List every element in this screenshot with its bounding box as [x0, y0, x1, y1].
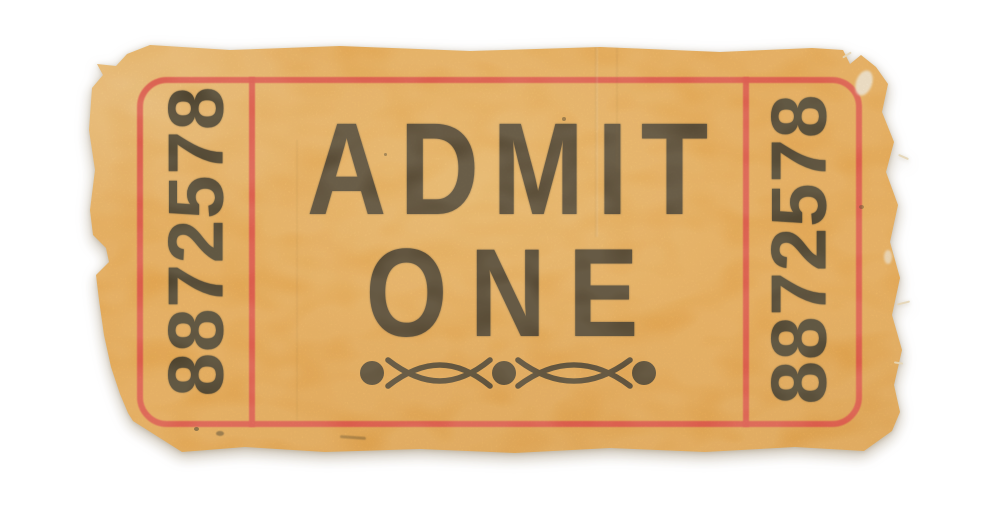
admission-ticket: 8872578 8872578 ADMIT ONE [0, 0, 1000, 508]
ticket-paper: 8872578 8872578 ADMIT ONE [0, 0, 1000, 508]
panel-divider-right [743, 77, 749, 427]
admit-text: ADMIT [294, 103, 711, 234]
paper-speck [562, 117, 566, 121]
torn-edge-fleck [884, 250, 892, 264]
paper-speck [194, 427, 199, 431]
panel-divider-left [249, 77, 255, 427]
one-text: ONE [294, 231, 711, 356]
serial-number-left-text: 8872578 [151, 86, 242, 397]
paper-fiber [898, 154, 909, 160]
photo-background: 8872578 8872578 ADMIT ONE [0, 0, 1000, 508]
paper-fiber [897, 300, 910, 305]
paper-speck [216, 431, 224, 436]
paper-speck [859, 205, 864, 209]
paper-smudge [340, 435, 366, 440]
paper-speck [384, 153, 387, 156]
serial-number-right-text: 8872578 [754, 94, 845, 405]
twisted-rope-divider-icon [358, 350, 658, 396]
